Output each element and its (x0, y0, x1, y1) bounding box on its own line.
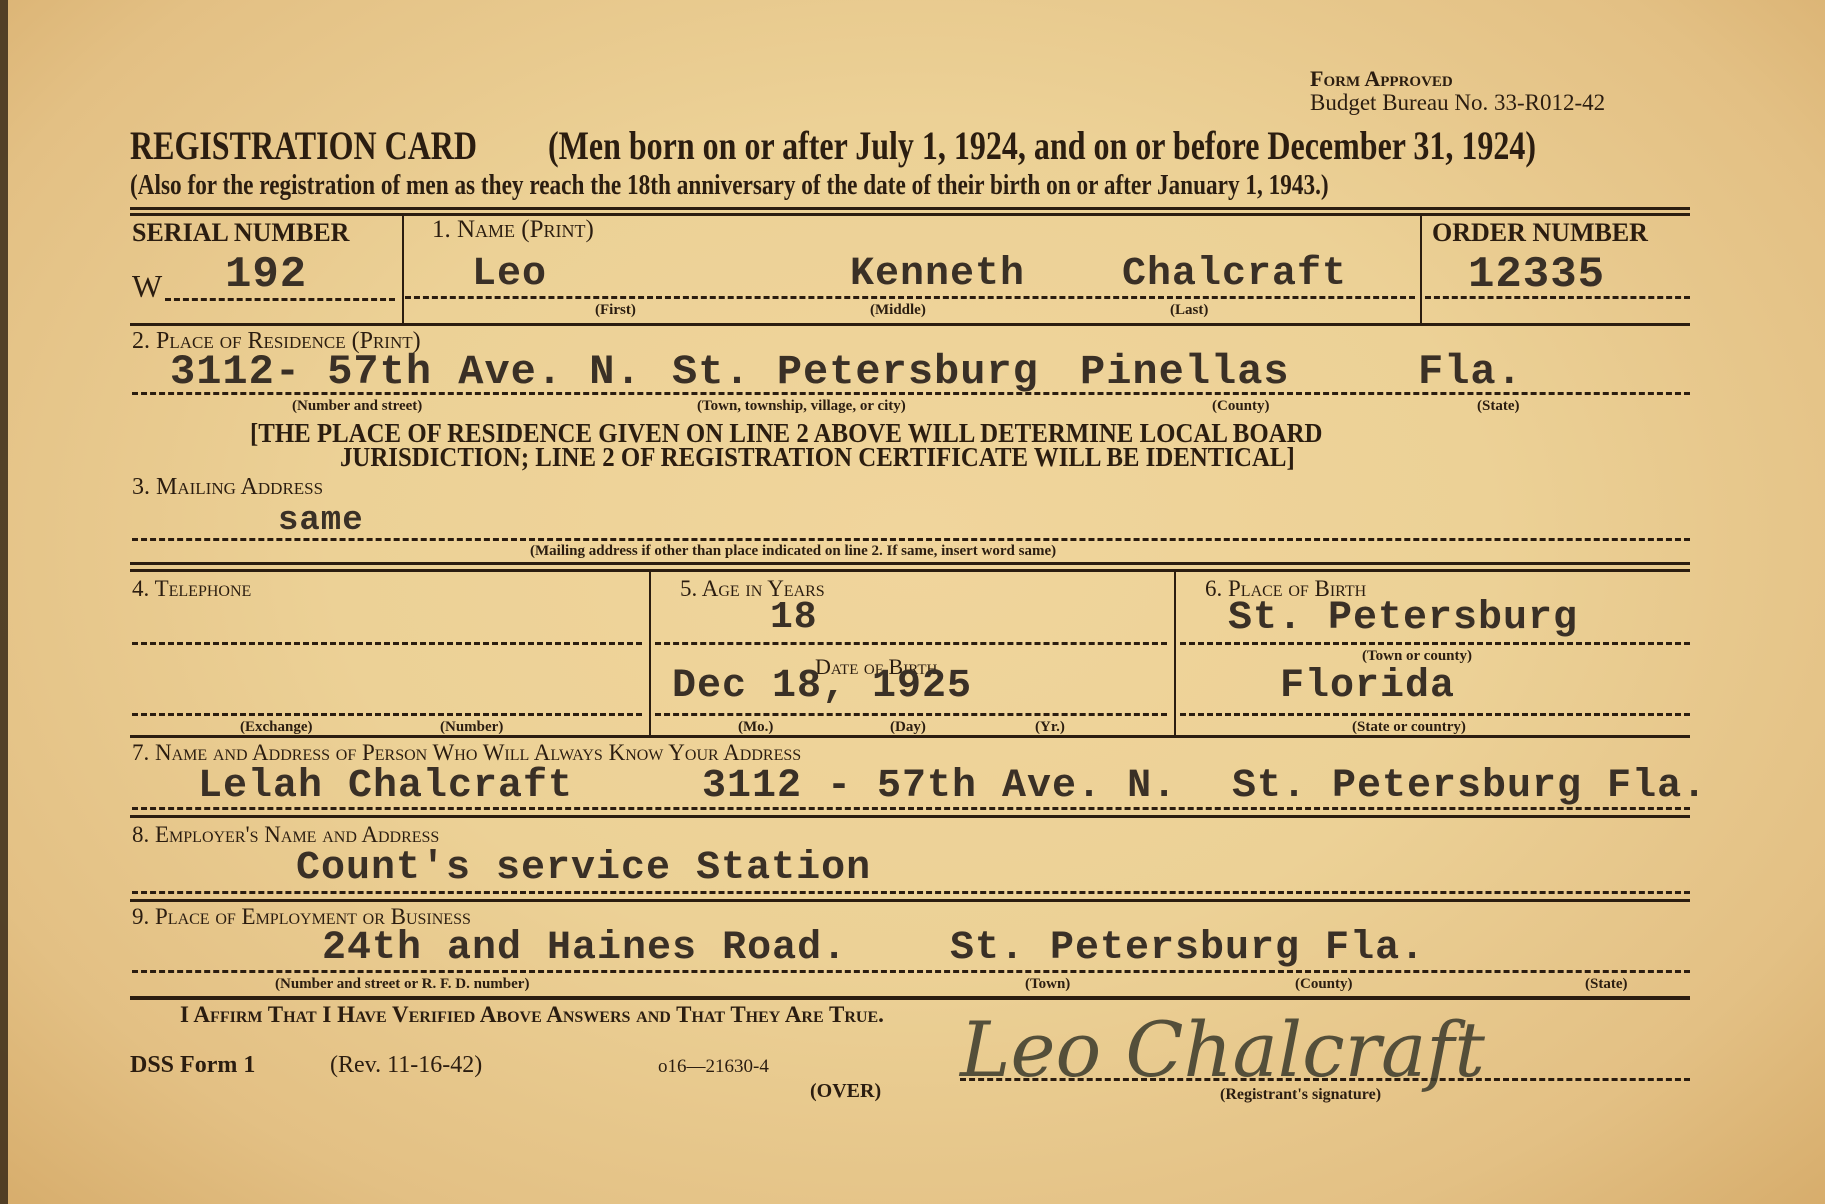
date-of-birth-value[interactable]: Dec 18, 1925 (672, 664, 972, 709)
date-of-birth-line (655, 713, 1167, 716)
contact-line (132, 807, 1690, 810)
mailing-rule-bottom (130, 569, 1690, 572)
telephone-label: 4. Telephone (132, 576, 251, 602)
divider-age-birthplace (1174, 572, 1176, 735)
birthplace-state-caption: (State or country) (1352, 719, 1466, 736)
name-middle-caption: (Middle) (870, 302, 926, 319)
row8-rule (130, 899, 1690, 902)
name-label: 1. Name (Print) (432, 216, 594, 244)
telephone-number-line[interactable] (132, 713, 642, 716)
mailing-label: 3. Mailing Address (132, 474, 323, 501)
print-code: o16—21630-4 (658, 1056, 769, 1078)
employment-county-caption: (County) (1295, 976, 1353, 993)
card-title: REGISTRATION CARD (130, 122, 477, 169)
age-value[interactable]: 18 (770, 596, 818, 639)
employment-street-caption: (Number and street or R. F. D. number) (275, 976, 529, 993)
contact-label: 7. Name and Address of Person Who Will A… (132, 740, 801, 766)
over-label: (OVER) (810, 1080, 881, 1103)
residence-state-caption: (State) (1477, 398, 1519, 415)
birthplace-state-value[interactable]: Florida (1280, 664, 1455, 709)
telephone-number-caption: (Number) (440, 719, 503, 736)
residence-street-value[interactable]: 3112- 57th Ave. N. (170, 348, 642, 396)
dob-month-caption: (Mo.) (738, 719, 773, 736)
employer-label: 8. Employer's Name and Address (132, 822, 439, 848)
birthplace-town-value[interactable]: St. Petersburg (1228, 596, 1578, 641)
form-revision: (Rev. 11-16-42) (330, 1052, 482, 1079)
residence-county-caption: (County) (1212, 398, 1270, 415)
name-first-value[interactable]: Leo (472, 252, 547, 297)
mailing-line (132, 538, 1690, 541)
order-number-value[interactable]: 12335 (1468, 250, 1605, 300)
age-line (655, 642, 1167, 645)
name-line (405, 296, 1415, 299)
row1-rule (130, 323, 1690, 326)
dob-year-caption: (Yr.) (1035, 719, 1065, 736)
serial-number-label: SERIAL NUMBER (132, 218, 349, 248)
employment-town-caption: (Town) (1025, 976, 1070, 993)
divider-phone-age (649, 572, 651, 735)
dob-day-caption: (Day) (890, 719, 926, 736)
row9-rule (130, 996, 1690, 1000)
card-subtitle: (Also for the registration of men as the… (130, 170, 1329, 202)
registrant-signature[interactable]: Leo Chalcraft (960, 1005, 1485, 1094)
affirmation-text: I Affirm That I Have Verified Above Answ… (180, 1002, 884, 1028)
signature-caption: (Registrant's signature) (1220, 1086, 1381, 1104)
employer-line (132, 891, 1690, 894)
residence-line (132, 392, 1690, 395)
serial-prefix: W (132, 268, 162, 305)
residence-notice-line2: JURISDICTION; LINE 2 OF REGISTRATION CER… (340, 442, 1295, 473)
residence-city-caption: (Town, township, village, or city) (697, 398, 906, 415)
mailing-rule-top (130, 562, 1690, 565)
contact-city-value[interactable]: St. Petersburg Fla. (1232, 764, 1707, 809)
residence-state-value[interactable]: Fla. (1418, 348, 1523, 396)
name-middle-value[interactable]: Kenneth (850, 252, 1025, 297)
residence-county-value[interactable]: Pinellas (1080, 348, 1290, 396)
employment-state-caption: (State) (1585, 976, 1627, 993)
birthplace-town-caption: (Town or county) (1362, 648, 1472, 665)
name-last-caption: (Last) (1170, 302, 1208, 319)
header-rule-bottom (130, 213, 1690, 216)
card-edge-shadow (0, 0, 8, 1204)
contact-address-value[interactable]: 3112 - 57th Ave. N. (702, 764, 1177, 809)
mailing-value[interactable]: same (278, 502, 364, 540)
telephone-exchange-caption: (Exchange) (240, 719, 313, 736)
serial-number-value[interactable]: 192 (225, 250, 307, 300)
divider-name-order (1420, 216, 1422, 323)
row4-rule (130, 735, 1690, 738)
birthplace-town-line (1180, 642, 1690, 645)
divider-serial-name (402, 216, 404, 323)
name-last-value[interactable]: Chalcraft (1122, 252, 1347, 297)
birthplace-state-line (1180, 713, 1690, 716)
residence-city-value[interactable]: St. Petersburg (672, 348, 1039, 396)
residence-street-caption: (Number and street) (292, 398, 422, 415)
card-title-qualifier: (Men born on or after July 1, 1924, and … (548, 122, 1536, 169)
employment-line (132, 970, 1690, 973)
mailing-caption: (Mailing address if other than place ind… (530, 543, 1056, 560)
header-rule-top (130, 207, 1690, 210)
form-approved-label: Form Approved (1310, 66, 1453, 92)
order-line (1425, 296, 1690, 299)
contact-name-value[interactable]: Lelah Chalcraft (198, 764, 573, 809)
employment-city-value[interactable]: St. Petersburg Fla. (950, 926, 1425, 971)
form-id: DSS Form 1 (130, 1052, 255, 1079)
telephone-exchange-line[interactable] (132, 642, 642, 645)
employer-value[interactable]: Count's service Station (296, 846, 871, 891)
name-first-caption: (First) (595, 302, 636, 319)
order-number-label: ORDER NUMBER (1432, 218, 1648, 248)
budget-bureau-number: Budget Bureau No. 33-R012-42 (1310, 90, 1605, 116)
row7-rule (130, 815, 1690, 818)
employment-street-value[interactable]: 24th and Haines Road. (322, 926, 847, 971)
registration-card: Form Approved Budget Bureau No. 33-R012-… (0, 0, 1825, 1204)
